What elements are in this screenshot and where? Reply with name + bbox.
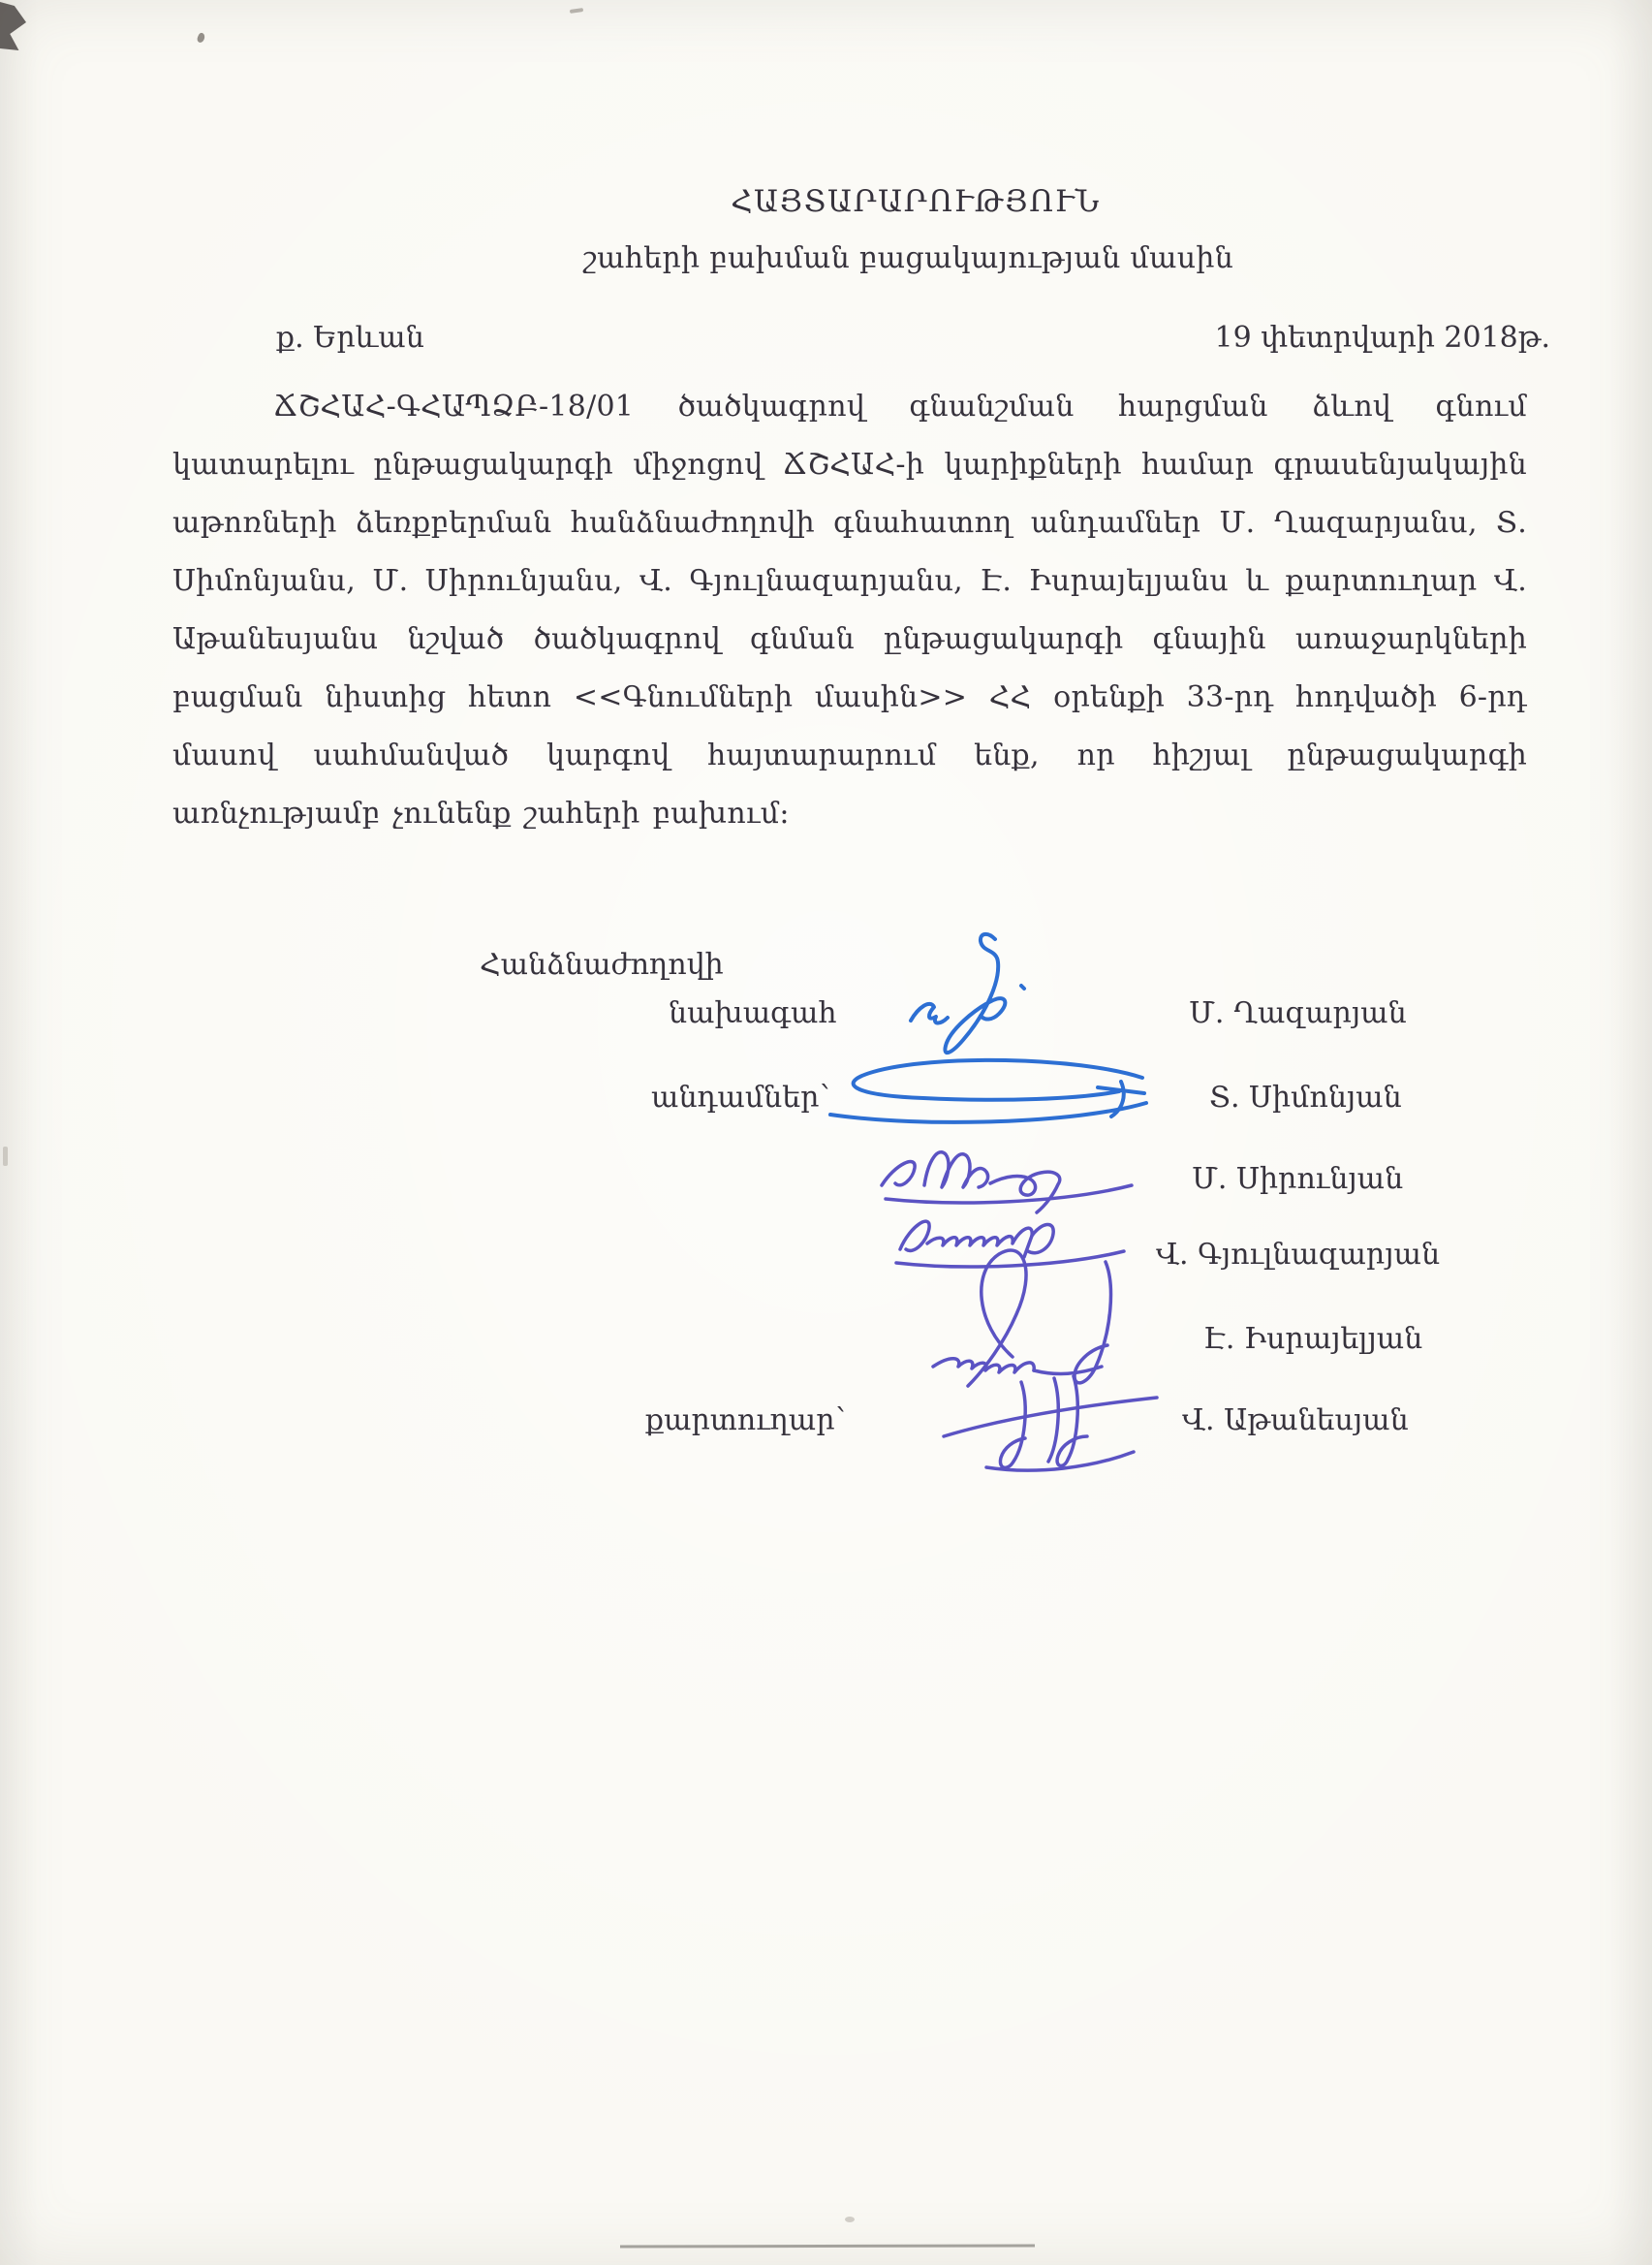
commission-heading: Հանձնաժողովի [480, 948, 724, 982]
name-gyulnazaryan: Վ. Գյուլնազարյան [1156, 1238, 1440, 1272]
scan-artifact-corner [0, 2, 26, 50]
scanned-document-page: ՀԱՅՏԱՐԱՐՈՒԹՅՈՒՆ շահերի բախման բացակայութ… [0, 0, 1652, 2265]
scan-artifact-speck [196, 32, 205, 44]
scan-artifact-bottom-line [620, 2244, 1035, 2248]
signature-atanesyan [930, 1365, 1170, 1493]
date-line: 19 փետրվարի 2018թ. [1214, 321, 1550, 355]
name-sirunyan: Մ. Սիրունյան [1192, 1162, 1403, 1196]
document-subtitle: շահերի բախման բացակայության մասին [0, 241, 1652, 275]
signature-simonyan [819, 1056, 1156, 1136]
role-members-label: անդամներ՝ [651, 1081, 829, 1115]
name-ghazaryan: Մ. Ղազարյան [1189, 996, 1407, 1030]
name-atanesyan: Վ. Աթանեսյան [1182, 1403, 1409, 1437]
name-simonyan: Տ. Սիմոնյան [1209, 1081, 1402, 1115]
scan-artifact-bottom-speck [845, 2217, 855, 2222]
scan-artifact-left-tick [3, 1147, 8, 1166]
role-chairman-label: նախագահ [669, 996, 837, 1030]
place-line: ք. Երևան [276, 321, 424, 355]
body-paragraph: ՃՇՀԱՀ-ԳՀԱՊՁԲ-18/01 ծածկագրով գնանշման հա… [172, 378, 1527, 843]
name-israyelyan: Է. Իսրայելյան [1203, 1322, 1422, 1356]
scan-artifact-top-dash [570, 8, 583, 14]
role-secretary-label: քարտուղար՝ [645, 1403, 846, 1437]
document-title: ՀԱՅՏԱՐԱՐՈՒԹՅՈՒՆ [0, 184, 1652, 219]
signature-ghazaryan [901, 926, 1046, 1066]
